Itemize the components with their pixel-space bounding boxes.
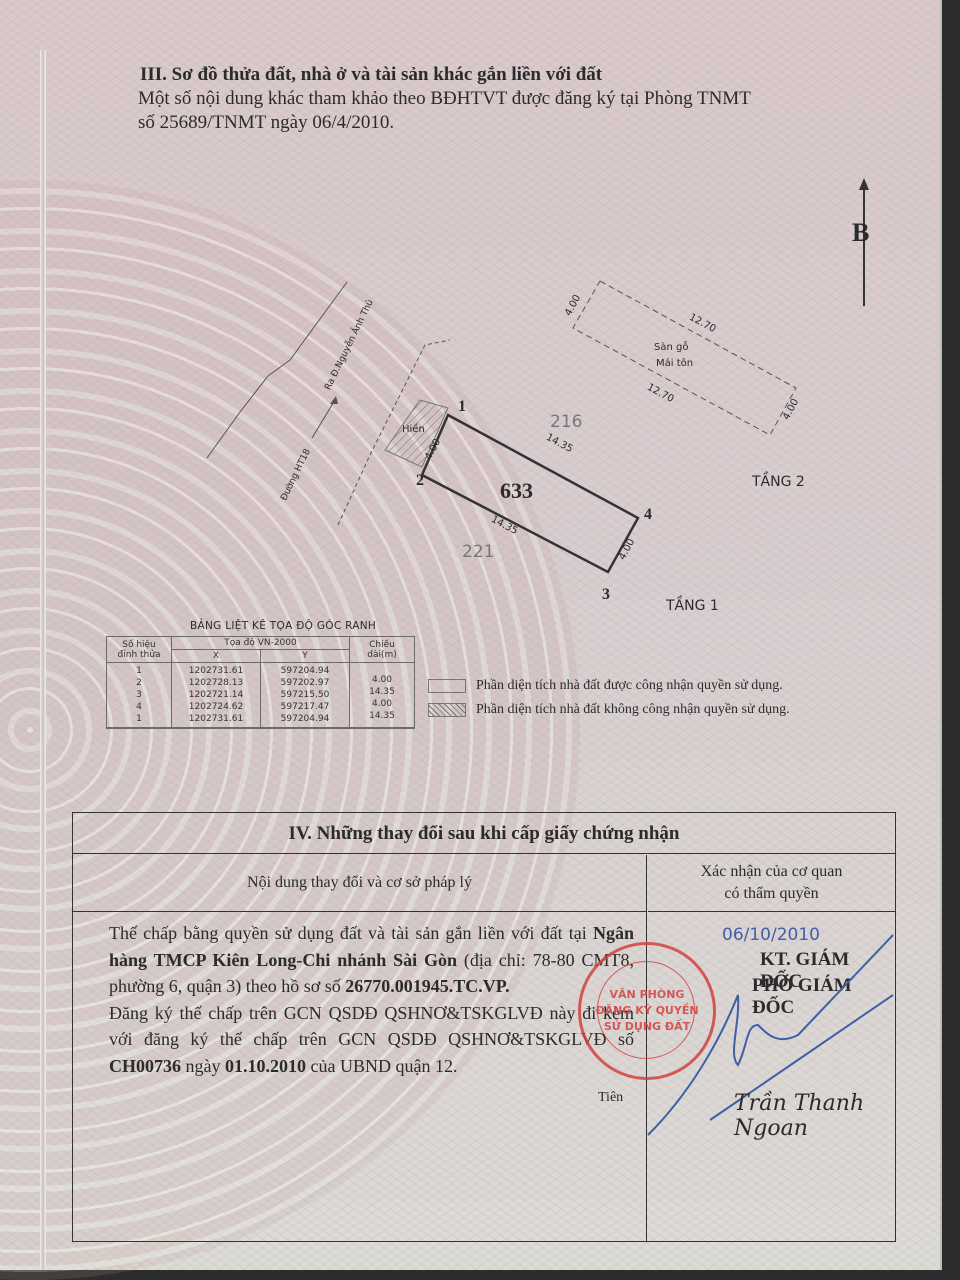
table-cell-vertex: 12341 [107,663,172,728]
header-y: Y [261,650,350,663]
floor1-label: TẦNG 1 [666,598,719,614]
legend-not-recognized: Phần diện tích nhà đất không công nhận q… [428,702,790,718]
signer-name: Trần Thanh Ngoan [734,1091,895,1141]
vertex-3: 3 [602,586,610,604]
header-vertex: Số hiệu [122,640,156,650]
vertex-1: 1 [458,398,466,416]
neighbor-parcel-216: 216 [550,412,582,432]
fee-label: Tiên [598,1090,623,1106]
legend-plain-box [428,679,466,693]
land-plot-diagram [0,0,940,620]
header-coords: Tọa độ VN-2000 [172,637,350,650]
neighbor-parcel-221: 221 [462,542,494,562]
legend-hatched-box [428,703,466,717]
header-length: Chiều dài(m) [350,637,415,663]
vertex-4: 4 [644,506,652,524]
certificate-page: III. Sơ đồ thửa đất, nhà ở và tài sản kh… [0,0,942,1270]
official-stamp: VĂN PHÒNG ĐĂNG KÝ QUYỀN SỬ DỤNG ĐẤT [578,942,716,1080]
coord-table: Số hiệuđỉnh thửa Tọa độ VN-2000 Chiều dà… [106,636,415,729]
section4-title: IV. Những thay đổi sau khi cấp giấy chứn… [73,813,895,854]
neighbor-owner: Hiền [402,424,425,435]
header-x: X [172,650,261,663]
parcel-number: 633 [500,478,533,504]
table-cell-x: 1202731.611202728.131202721.141202724.62… [172,663,261,728]
floor2-desc-2: Mái tôn [656,358,693,369]
floor2-desc-1: Sàn gỗ [654,342,688,353]
table-cell-y: 597204.94597202.97597215.50597217.475972… [261,663,350,728]
section4-table: IV. Những thay đổi sau khi cấp giấy chứn… [72,812,896,1242]
changes-content: Thế chấp bằng quyền sử dụng đất và tài s… [73,912,646,1079]
changes-column: Nội dung thay đổi và cơ sở pháp lý Thế c… [73,855,647,1241]
vertex-2: 2 [416,472,424,490]
changes-column-header: Nội dung thay đổi và cơ sở pháp lý [73,855,646,912]
coord-table-title: BẢNG LIỆT KÊ TỌA ĐỘ GÓC RANH [190,620,376,632]
legend-recognized: Phần diện tích nhà đất được công nhận qu… [428,678,783,694]
floor2-label: TẦNG 2 [752,474,805,490]
table-cell-length: 4.0014.354.0014.35 [350,663,415,728]
confirmation-column-header: Xác nhận của cơ quan có thẩm quyền [648,855,895,912]
